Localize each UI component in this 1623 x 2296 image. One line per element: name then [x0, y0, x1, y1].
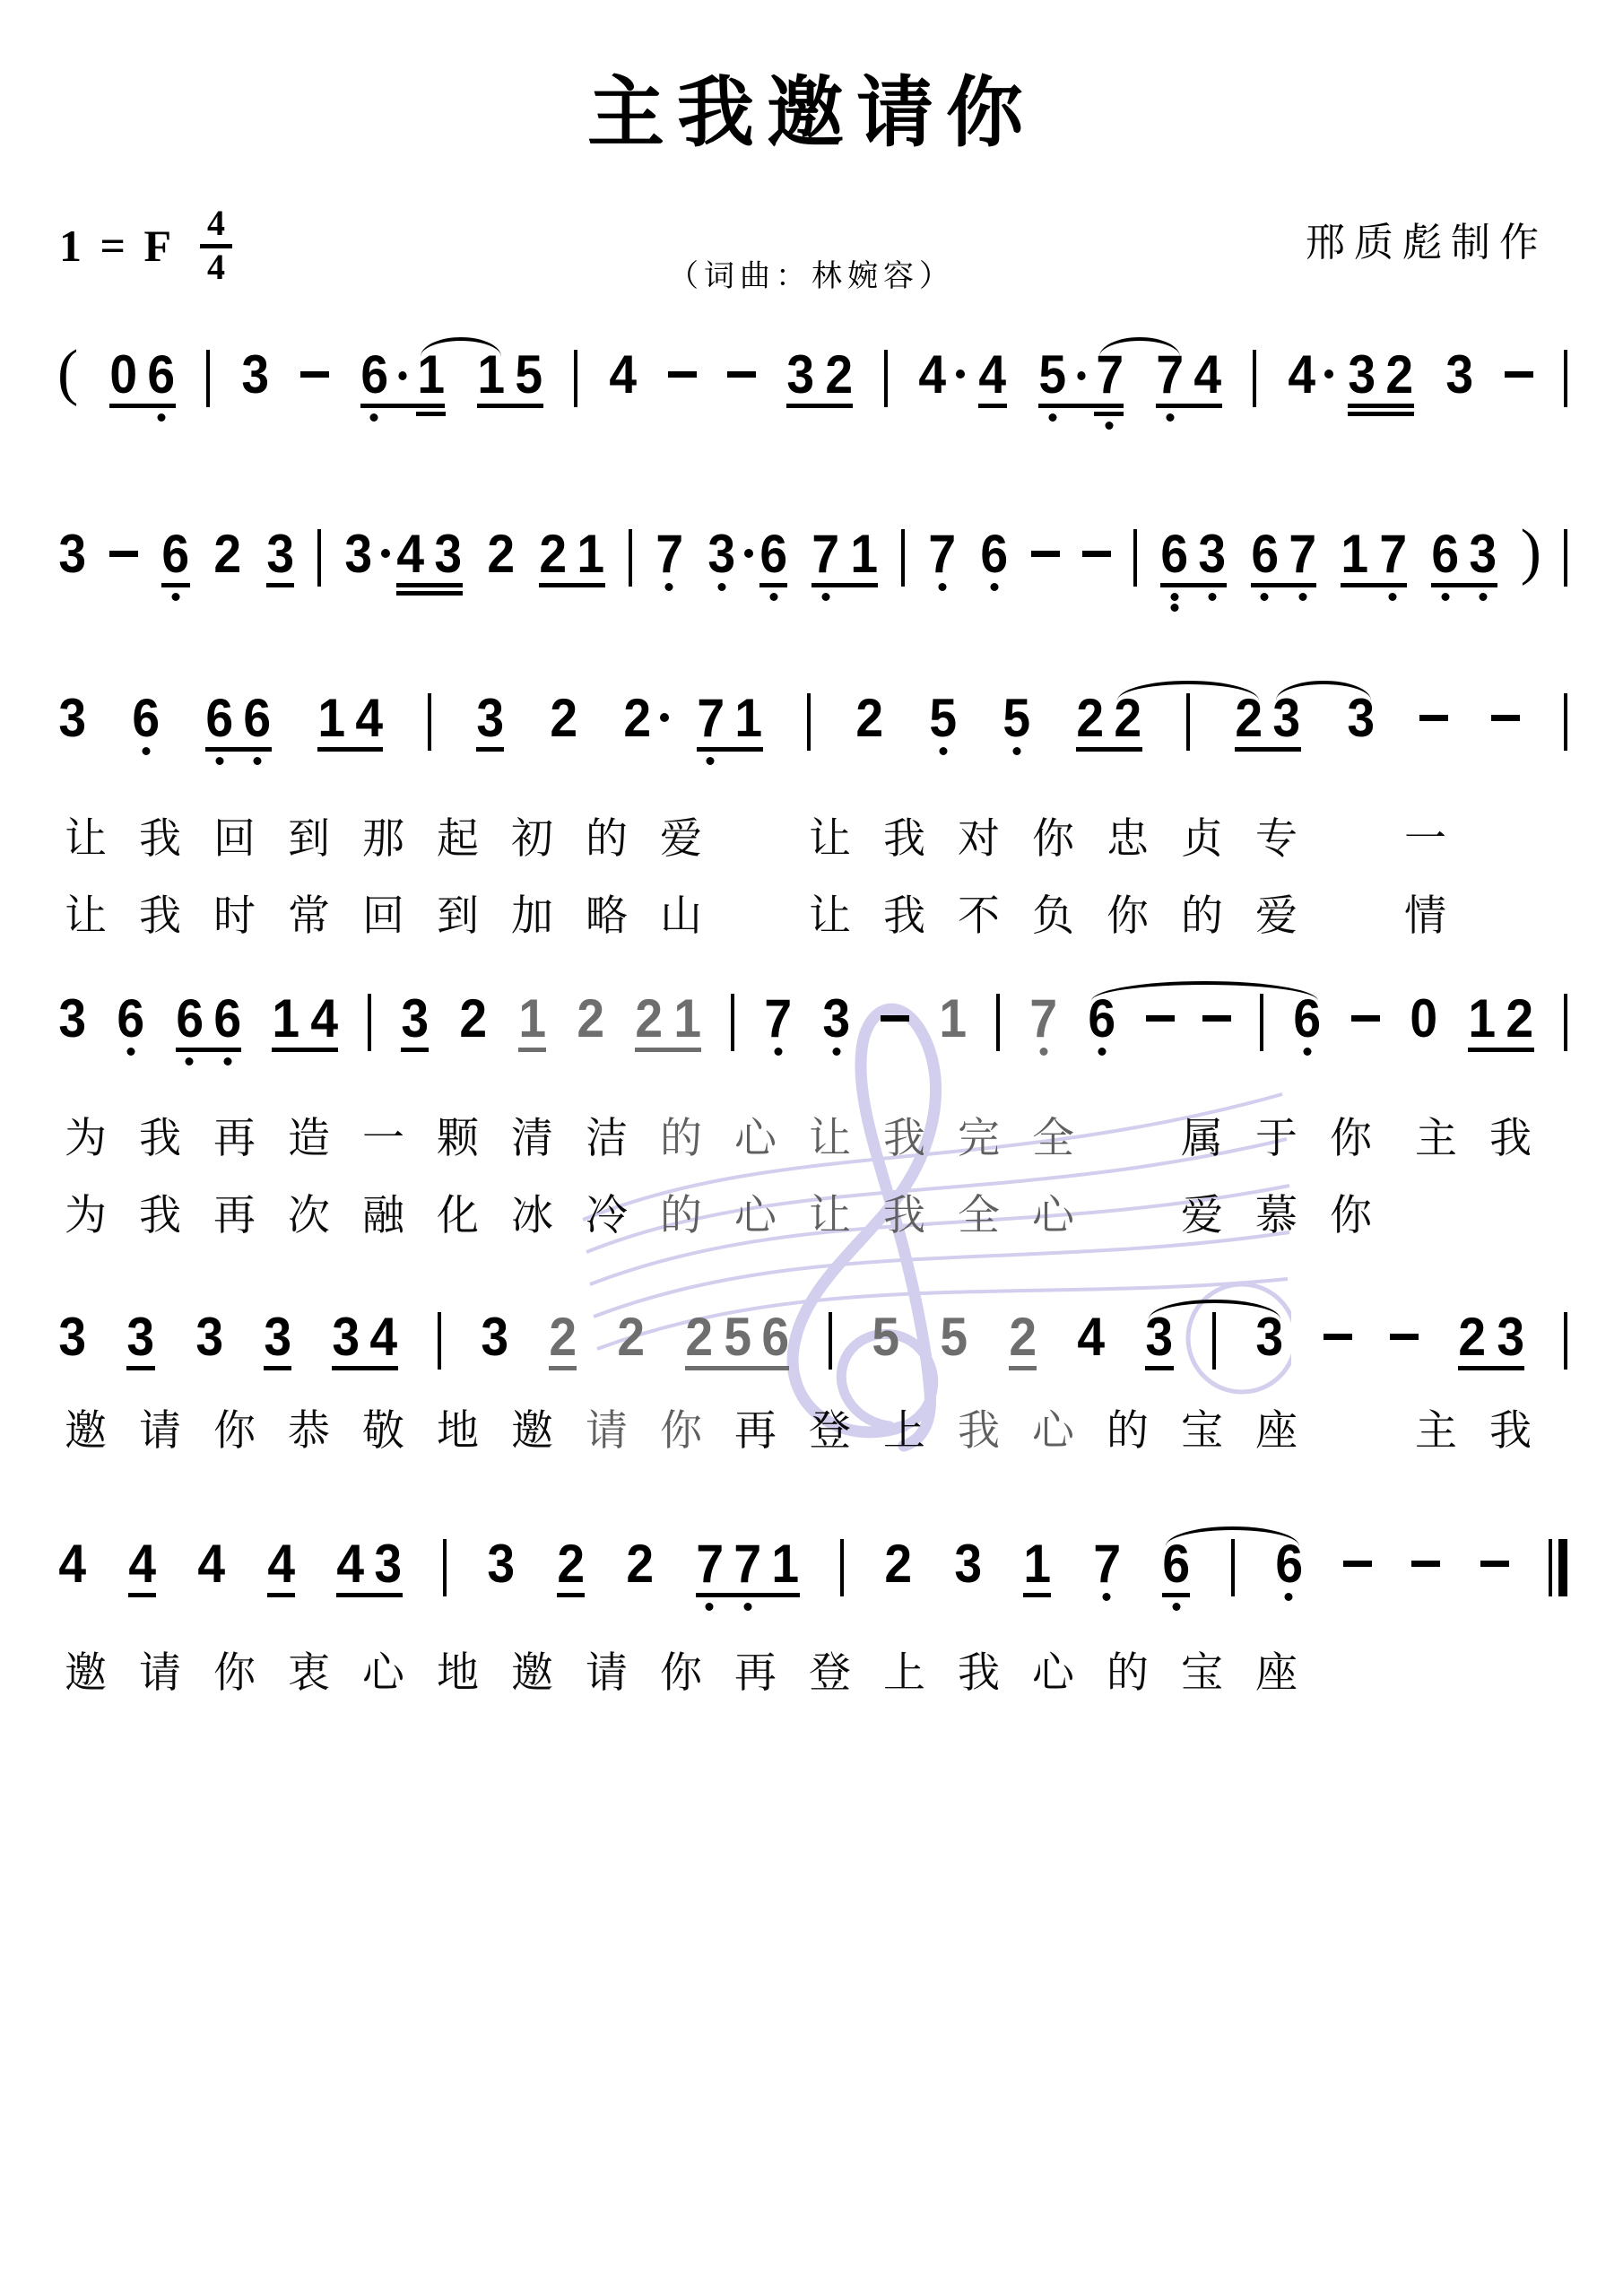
beam-group: 2 [556, 1541, 586, 1587]
barline [1260, 994, 1263, 1051]
beam [549, 1366, 577, 1370]
low-octave-dot [939, 747, 947, 755]
note-digit: 7 [928, 531, 956, 578]
note-digit: 4 [1288, 352, 1315, 398]
note: 2 [824, 352, 854, 398]
note-digit: 5 [724, 1314, 751, 1361]
note-digit: 2 [884, 1541, 912, 1587]
augmentation-dot [744, 549, 753, 558]
note: 2 [1075, 695, 1105, 742]
low-octave-dot [707, 757, 715, 765]
note-digit: 5 [516, 352, 543, 398]
low-octave-dot [1098, 1048, 1106, 1056]
note [1076, 352, 1087, 398]
note: 1 [770, 1541, 800, 1587]
beam [1076, 747, 1142, 752]
note-digit: 3 [266, 531, 294, 578]
beam-group: 57 [1037, 352, 1124, 398]
barline [1231, 1539, 1235, 1596]
low-octave-dot [769, 593, 777, 601]
barline [731, 994, 734, 1051]
note-digit: 3 [823, 996, 851, 1042]
lyric-segment: 属于你 [1107, 1114, 1404, 1161]
note: 2 [625, 1541, 655, 1587]
note: 6 [1087, 996, 1116, 1042]
duration-dash [727, 371, 756, 378]
note: 1 [317, 695, 346, 742]
note-digit: 4 [1077, 1314, 1105, 1361]
beam-group: 74 [1155, 352, 1223, 398]
note-digit: 5 [929, 695, 957, 742]
note: 3 [373, 1541, 403, 1587]
tie-arc [1166, 1526, 1299, 1546]
final-barline [1549, 1539, 1567, 1596]
barline [629, 529, 632, 587]
lyric-segment: 为我再次融化冰冷 [65, 1191, 660, 1239]
note: 3 [433, 531, 463, 578]
note: 4 [266, 1541, 296, 1587]
note-digit: 5 [872, 1314, 899, 1361]
note: 4 [1076, 1314, 1106, 1361]
note-digit: 7 [1289, 531, 1316, 578]
note-digit: 3 [241, 352, 269, 398]
note: 5 [939, 1314, 968, 1361]
note: 2 [616, 1314, 646, 1361]
note-digit: 3 [954, 1541, 982, 1587]
note-digit: 1 [273, 996, 300, 1042]
beam [1348, 404, 1414, 408]
note: 6 [1250, 531, 1280, 578]
beam [1251, 583, 1317, 587]
low-octave-dot [1389, 593, 1397, 601]
note-digit: 1 [673, 996, 701, 1042]
duration-dash [881, 1015, 909, 1022]
low-octave-dot [717, 583, 725, 591]
note: 6 [1430, 531, 1460, 578]
beam [1160, 583, 1227, 587]
note-digit: 6 [980, 531, 1008, 578]
note: 6 [161, 531, 190, 578]
note: 6 [1274, 1541, 1304, 1587]
note-digit: 2 [1115, 695, 1142, 742]
beam [332, 1366, 398, 1370]
note: 4 [354, 695, 384, 742]
beam-group: 71 [696, 695, 764, 742]
lyrics-row: 为我再造一颗清洁的心让我完全 属于你主我 [65, 1105, 1575, 1165]
page-title: 主我邀请你 [0, 50, 1623, 161]
duration-dash [1480, 1561, 1509, 1567]
note-digit: 6 [148, 352, 176, 398]
beam [126, 1366, 154, 1370]
lyric-segment: 请你 [586, 1406, 734, 1454]
low-octave-dot [186, 1057, 194, 1065]
note-digit: 0 [109, 352, 137, 398]
beam [635, 1048, 701, 1052]
note-digit: 2 [617, 1314, 645, 1361]
low-octave-dot [938, 583, 946, 591]
time-numerator: 4 [200, 204, 232, 248]
note: 6 [242, 695, 272, 742]
note: 4 [395, 531, 425, 578]
note: 3 [195, 1314, 224, 1361]
note-digit: 2 [487, 531, 515, 578]
beam [811, 583, 878, 587]
note: 7 [927, 531, 957, 578]
note-digit: 2 [623, 695, 651, 742]
note-digit: 2 [460, 996, 488, 1042]
beam-group: 12 [1467, 996, 1535, 1042]
low-octave-dot [254, 757, 262, 765]
barline [1133, 529, 1137, 587]
low-octave-dot [1441, 593, 1449, 601]
low-octave-dot [706, 1603, 714, 1611]
note: 6 [979, 531, 1009, 578]
tie-arc [1276, 681, 1370, 700]
duration-dash [1343, 1561, 1372, 1567]
note: 2 [1457, 1314, 1487, 1361]
note-digit: 6 [205, 695, 233, 742]
note-digit: 3 [1199, 531, 1227, 578]
note: 4 [1287, 352, 1316, 398]
low-octave-dot [1209, 593, 1217, 601]
beam [267, 1593, 295, 1597]
low-octave-dot [1480, 593, 1488, 601]
note: 3 [57, 531, 87, 578]
beam [176, 1048, 242, 1052]
low-octave-dot [743, 1603, 751, 1611]
note-digit: 5 [1039, 352, 1067, 398]
duration-dash [300, 371, 329, 378]
note-digit: 2 [214, 531, 242, 578]
note: 3 [821, 996, 851, 1042]
note-digit: 3 [1273, 695, 1301, 742]
beam [272, 1048, 338, 1052]
beam-group: 17 [1340, 531, 1408, 578]
note-digit: 2 [1386, 352, 1414, 398]
note: 3 [1496, 1314, 1525, 1361]
producer-credit: 邢质彪制作 [1306, 210, 1548, 267]
barline [317, 529, 321, 587]
beam [518, 1048, 546, 1052]
note-digit: 1 [577, 531, 605, 578]
tie-arc [1099, 337, 1180, 357]
note: 4 [335, 1541, 365, 1587]
note: 3 [263, 1314, 292, 1361]
beam-group: 23 [1234, 695, 1302, 742]
lyric-segment: 主我 [1415, 1105, 1564, 1165]
beam [476, 747, 504, 752]
note: 6 [760, 1314, 790, 1361]
barline [1253, 350, 1256, 407]
lyrics-row: 邀请你恭敬地邀请你再登上我心的宝座主我 [65, 1397, 1575, 1457]
note-digit: 6 [759, 531, 787, 578]
beam [1468, 1048, 1534, 1052]
note: 6 [1292, 996, 1322, 1042]
duration-dash [1146, 1015, 1175, 1022]
barline [438, 1312, 441, 1370]
note-digit: 3 [1348, 352, 1376, 398]
note: 3 [1347, 352, 1376, 398]
beam-group: 66 [175, 996, 243, 1042]
beam [1038, 404, 1124, 408]
note-digit: 3 [375, 1541, 403, 1587]
note: 3 [1445, 352, 1474, 398]
low-octave-dot [158, 413, 166, 422]
note-digit: 1 [734, 695, 762, 742]
beam [128, 1593, 156, 1597]
low-octave-dot [1172, 1603, 1180, 1611]
note: 3 [265, 531, 295, 578]
note-digit: 4 [128, 1541, 156, 1587]
beam-group: 14 [317, 695, 385, 742]
note: 4 [196, 1541, 226, 1587]
barline [1564, 350, 1567, 407]
beam-group: 3 [400, 996, 430, 1042]
note: 6 [1159, 531, 1189, 578]
note-digit: 2 [636, 996, 664, 1042]
beam [539, 583, 605, 587]
beam-group: 66 [204, 695, 273, 742]
note: 6 [204, 695, 234, 742]
beam [1023, 1593, 1051, 1597]
note: 3 [707, 531, 736, 578]
note-digit: 6 [761, 1314, 789, 1361]
note: 4 [1193, 352, 1222, 398]
low-octave-dot [1261, 593, 1269, 601]
beam [1348, 412, 1414, 416]
beam-group: 43 [395, 531, 464, 578]
beam [978, 404, 1006, 408]
barline [443, 1539, 447, 1596]
note: 1 [733, 695, 763, 742]
note: 1 [517, 996, 547, 1042]
note: 0 [108, 352, 138, 398]
augmentation-dot [1324, 370, 1333, 378]
beam-group: 23 [1457, 1314, 1525, 1361]
note-digit: 4 [1194, 352, 1222, 398]
barline [1564, 1312, 1567, 1370]
low-octave-dot [1170, 604, 1178, 612]
note-digit: 3 [1145, 1314, 1173, 1361]
note: 7 [695, 1541, 725, 1587]
note-digit: 3 [1446, 352, 1474, 398]
note: 3 [1468, 531, 1497, 578]
note-digit: 3 [435, 531, 463, 578]
note-digit: 7 [1379, 531, 1407, 578]
note-digit: 0 [1410, 996, 1437, 1042]
lyric-segment: 让我时常回到加略山 让我不负你的爱 情 [65, 891, 1479, 939]
note: 7 [733, 1541, 762, 1587]
augmentation-dot [660, 713, 669, 722]
beam-group: 6 [1161, 1541, 1191, 1587]
note: 1 [1467, 996, 1497, 1042]
note-digit: 7 [1029, 996, 1057, 1042]
note-digit: 4 [355, 695, 383, 742]
beam-group: 3 [1144, 1314, 1174, 1361]
note-digit: 6 [244, 695, 272, 742]
duration-dash [1082, 551, 1111, 557]
note-digit: 2 [825, 352, 853, 398]
duration-dash [1491, 715, 1520, 721]
tie-arc [421, 337, 501, 357]
note-digit: 7 [697, 695, 725, 742]
note: 2 [1234, 695, 1263, 742]
barline [206, 350, 210, 407]
note: 5 [514, 352, 543, 398]
barline [428, 693, 431, 751]
note: 0 [1409, 996, 1438, 1042]
beam-group: 43 [335, 1541, 404, 1587]
note-digit: 2 [855, 695, 883, 742]
note: 1 [1340, 531, 1369, 578]
note: 2 [458, 996, 488, 1042]
augmentation-dot [956, 370, 965, 378]
duration-dash [1324, 1334, 1352, 1340]
note: 4 [608, 352, 638, 398]
note: 7 [1155, 352, 1185, 398]
note-digit: 3 [476, 695, 504, 742]
note: 1 [476, 352, 506, 398]
note-digit: 6 [117, 996, 145, 1042]
note-digit: 3 [127, 1314, 155, 1361]
note: 3 [57, 1314, 87, 1361]
note-digit: 4 [396, 531, 424, 578]
note-digit: 5 [1002, 695, 1030, 742]
note-digit: 3 [481, 1314, 508, 1361]
note: 3 [475, 695, 505, 742]
notation-line: 444443322771231766 [57, 1541, 1567, 1641]
note-digit: 2 [1009, 1314, 1037, 1361]
beam [396, 583, 463, 587]
note-digit: 3 [58, 695, 86, 742]
beam-group: 61 [360, 352, 447, 398]
beam [696, 1593, 800, 1597]
lyric-segment: 的心让我完全 [660, 1114, 1107, 1161]
note-digit: 2 [686, 1314, 714, 1361]
low-octave-dot [1106, 422, 1114, 430]
lyric-segment: 的心让我全心 [660, 1191, 1107, 1239]
low-octave-dot [127, 1048, 135, 1056]
final-bar-thick [1558, 1539, 1567, 1596]
note [397, 352, 408, 398]
beam-group: 2 [548, 1314, 577, 1361]
lyric-segment: 为我再造一颗清洁 [65, 1114, 660, 1161]
low-octave-dot [223, 1057, 231, 1065]
lyric-segment: 让我回到那起初的爱 让我对你忠贞专 一 [65, 814, 1479, 862]
note-digit: 7 [812, 531, 840, 578]
beam [1341, 583, 1407, 587]
note-digit: 5 [941, 1314, 968, 1361]
beam-group: 2 [1008, 1314, 1037, 1361]
beam-group: 3 [265, 531, 295, 578]
note-digit: 1 [518, 996, 546, 1042]
low-octave-dot [370, 413, 378, 422]
note-digit: 7 [696, 1541, 724, 1587]
note-digit: 2 [539, 531, 567, 578]
parenthesis: ) [1521, 527, 1541, 578]
beam-sixteenth [416, 412, 446, 416]
barline [1564, 693, 1567, 751]
lyrics-row: 邀请你衷心地邀请你再登上我心的宝座 [65, 1639, 1575, 1700]
note-digit: 6 [1162, 1541, 1190, 1587]
beam-group: 21 [538, 531, 606, 578]
note: 7 [1095, 352, 1124, 398]
note-digit: 7 [764, 996, 792, 1042]
duration-dash [1411, 1561, 1440, 1567]
note: 2 [1113, 695, 1142, 742]
barline [1212, 1312, 1216, 1370]
note-digit: 2 [577, 996, 604, 1042]
note: 4 [917, 352, 947, 398]
note: 2 [538, 531, 568, 578]
duration-dash [1202, 1015, 1231, 1022]
note: 2 [213, 531, 242, 578]
note: 2 [622, 695, 652, 742]
note: 3 [1144, 1314, 1174, 1361]
note: 5 [1037, 352, 1067, 398]
note: 1 [271, 996, 300, 1042]
beam-group: 22 [1075, 695, 1143, 742]
note: 7 [1092, 1541, 1122, 1587]
note-digit: 4 [310, 996, 338, 1042]
note: 5 [871, 1314, 900, 1361]
low-octave-dot [1103, 1593, 1111, 1601]
beam [557, 1593, 585, 1597]
note-digit: 3 [1256, 1314, 1284, 1361]
note: 2 [486, 531, 516, 578]
note-digit: 4 [609, 352, 637, 398]
barline [1186, 693, 1190, 751]
note: 2 [576, 996, 605, 1042]
note: 2 [684, 1314, 714, 1361]
note: 6 [131, 695, 161, 742]
note-digit: 3 [401, 996, 429, 1042]
note: 2 [883, 1541, 913, 1587]
note: 7 [655, 531, 684, 578]
note: 7 [763, 996, 793, 1042]
note-digit: 3 [1347, 695, 1375, 742]
duration-dash [1390, 1334, 1419, 1340]
note: 6 [175, 996, 204, 1042]
note-digit: 3 [707, 531, 735, 578]
note-digit: 2 [626, 1541, 654, 1587]
duration-dash [109, 551, 138, 557]
note-digit: 4 [370, 1314, 398, 1361]
note: 3 [57, 996, 87, 1042]
note: 5 [1002, 695, 1031, 742]
notation-line: 366614321221731766012 [57, 996, 1567, 1096]
notation-line: (06361154324457744323 [57, 352, 1567, 452]
note: 5 [928, 695, 958, 742]
note-digit: 2 [1235, 695, 1263, 742]
note-digit: 1 [1023, 1541, 1051, 1587]
note: 7 [1028, 996, 1058, 1042]
note: 2 [1384, 352, 1414, 398]
beam-group: 3 [126, 1314, 155, 1361]
lyrics-row: 让我回到那起初的爱 让我对你忠贞专 一 [65, 805, 1575, 865]
duration-dash [668, 371, 697, 378]
note: 3 [400, 996, 430, 1042]
low-octave-dot [1170, 593, 1178, 601]
beam-group: 6 [161, 531, 190, 578]
note-digit: 6 [176, 996, 204, 1042]
barline [996, 994, 1000, 1051]
lyrics-row: 让我时常回到加略山 让我不负你的爱 情 [65, 883, 1575, 943]
note-digit: 7 [733, 1541, 761, 1587]
note-digit: 6 [1089, 996, 1116, 1042]
beam-group: 3 [263, 1314, 292, 1361]
low-octave-dot [1049, 413, 1057, 422]
